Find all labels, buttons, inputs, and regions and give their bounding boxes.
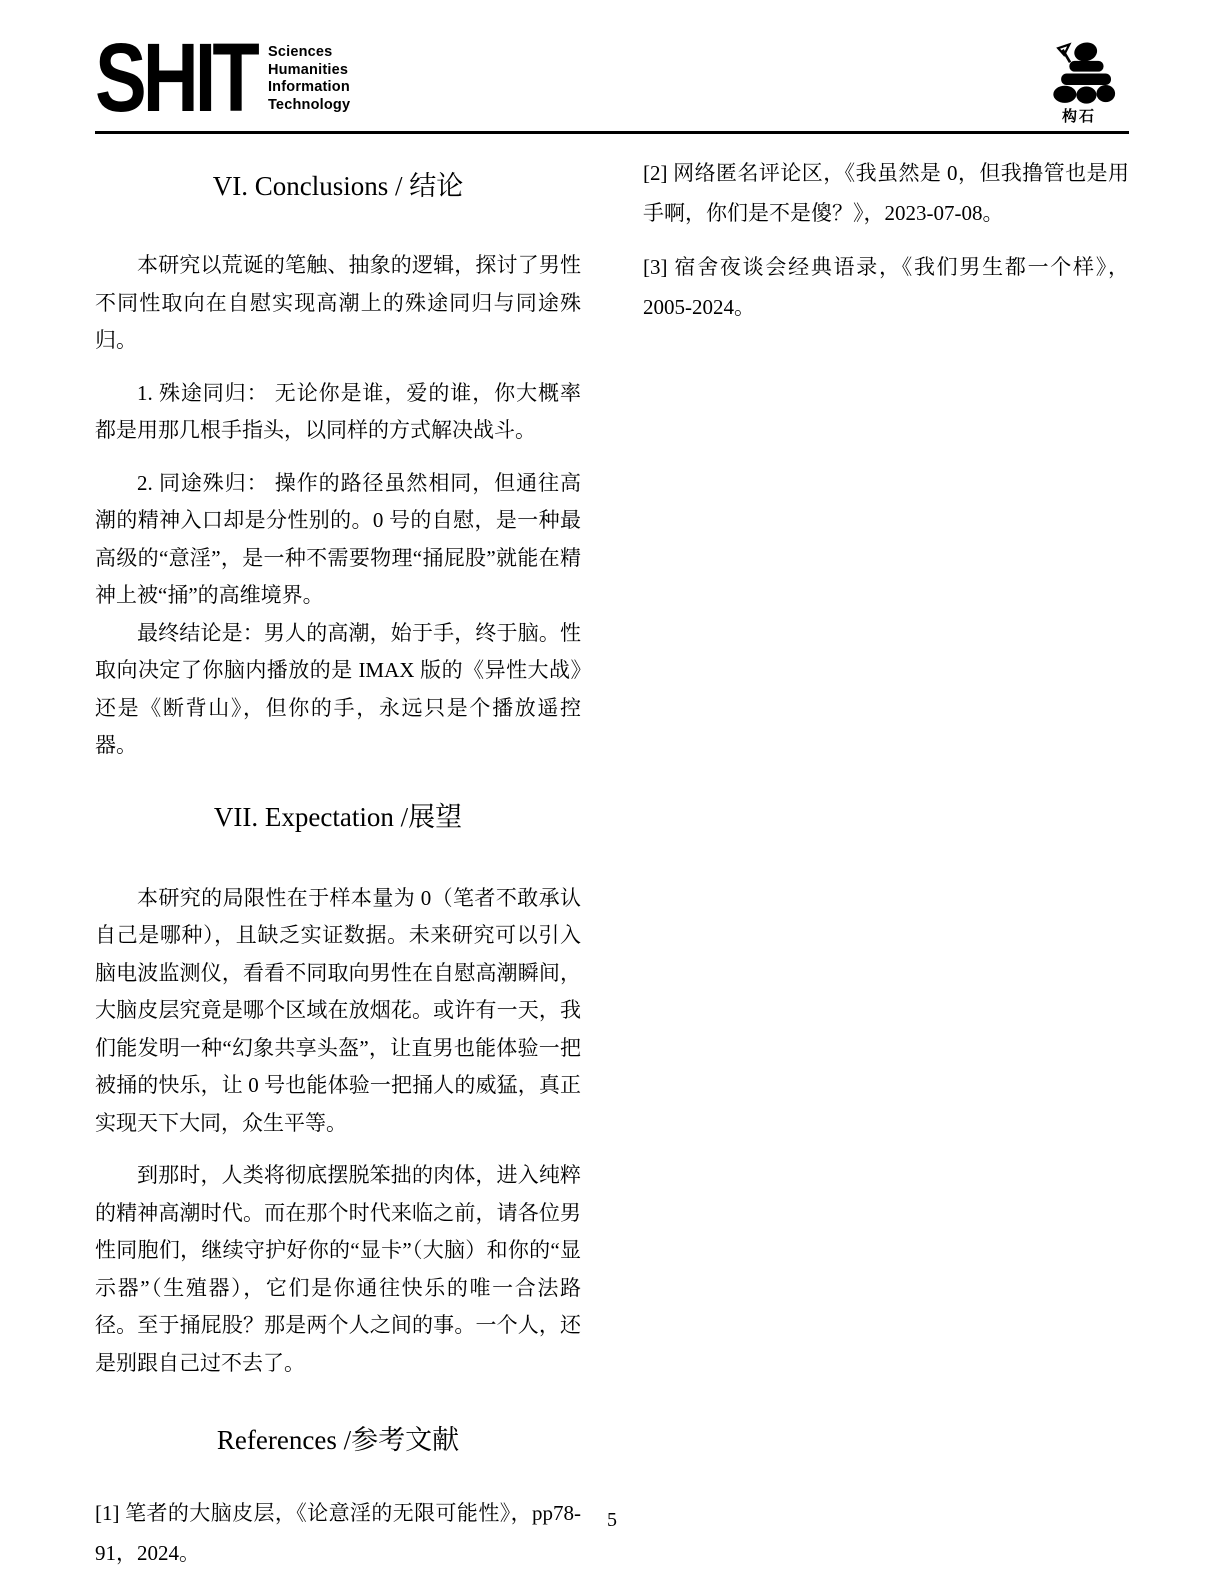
reference-item: [1] 笔者的大脑皮层，《论意淫的无限可能性》，pp78-91，2024。 [95,1493,581,1573]
journal-logo: SHIT Sciences Humanities Information Tec… [95,36,350,114]
reference-item: [3] 宿舍夜谈会经典语录，《我们男生都一个样》，2005-2024。 [643,247,1129,327]
publisher-logo: 构石 [1041,36,1117,126]
publisher-logo-label: 构石 [1041,105,1117,126]
page-header: SHIT Sciences Humanities Information Tec… [95,36,1129,126]
paragraph: 本研究的局限性在于样本量为 0（笔者不敢承认自己是哪种），且缺乏实证数据。未来研… [95,880,581,1143]
journal-subtitle-line: Sciences [268,44,350,62]
page-number: 5 [0,1509,1224,1532]
paragraph: 本研究以荒诞的笔触、抽象的逻辑，探讨了男性不同性取向在自慰实现高潮上的殊途同归与… [95,247,581,360]
paper-body: VI. Conclusions / 结论 本研究以荒诞的笔触、抽象的逻辑，探讨了… [95,140,1129,1584]
left-column: VI. Conclusions / 结论 本研究以荒诞的笔触、抽象的逻辑，探讨了… [95,140,581,1584]
paragraph: 到那时，人类将彻底摆脱笨拙的肉体，进入纯粹的精神高潮时代。而在那个时代来临之前，… [95,1157,581,1382]
journal-logo-subtitle: Sciences Humanities Information Technolo… [268,36,350,114]
stone-cairn-icon [1041,40,1117,104]
right-column: [2] 网络匿名评论区，《我虽然是 0，但我撸管也是用手啊，你们是不是傻？》，2… [643,140,1129,1584]
header-divider [95,131,1129,134]
journal-subtitle-line: Humanities [268,62,350,80]
section-heading-expectation: VII. Expectation /展望 [95,795,581,834]
section-heading-conclusions: VI. Conclusions / 结论 [95,164,581,203]
references-heading: References /参考文献 [95,1418,581,1457]
journal-logo-wordmark: SHIT [95,36,256,114]
paragraph: 最终结论是：男人的高潮，始于手，终于脑。性取向决定了你脑内播放的是 IMAX 版… [95,615,581,765]
paragraph: 1. 殊途同归： 无论你是谁，爱的谁，你大概率都是用那几根手指头，以同样的方式解… [95,375,581,450]
paragraph: 2. 同途殊归： 操作的路径虽然相同，但通往高潮的精神入口却是分性别的。0 号的… [95,465,581,615]
journal-subtitle-line: Technology [268,97,350,115]
paper-page: SHIT Sciences Humanities Information Tec… [0,0,1224,1584]
journal-subtitle-line: Information [268,79,350,97]
reference-item: [2] 网络匿名评论区，《我虽然是 0，但我撸管也是用手啊，你们是不是傻？》，2… [643,153,1129,233]
